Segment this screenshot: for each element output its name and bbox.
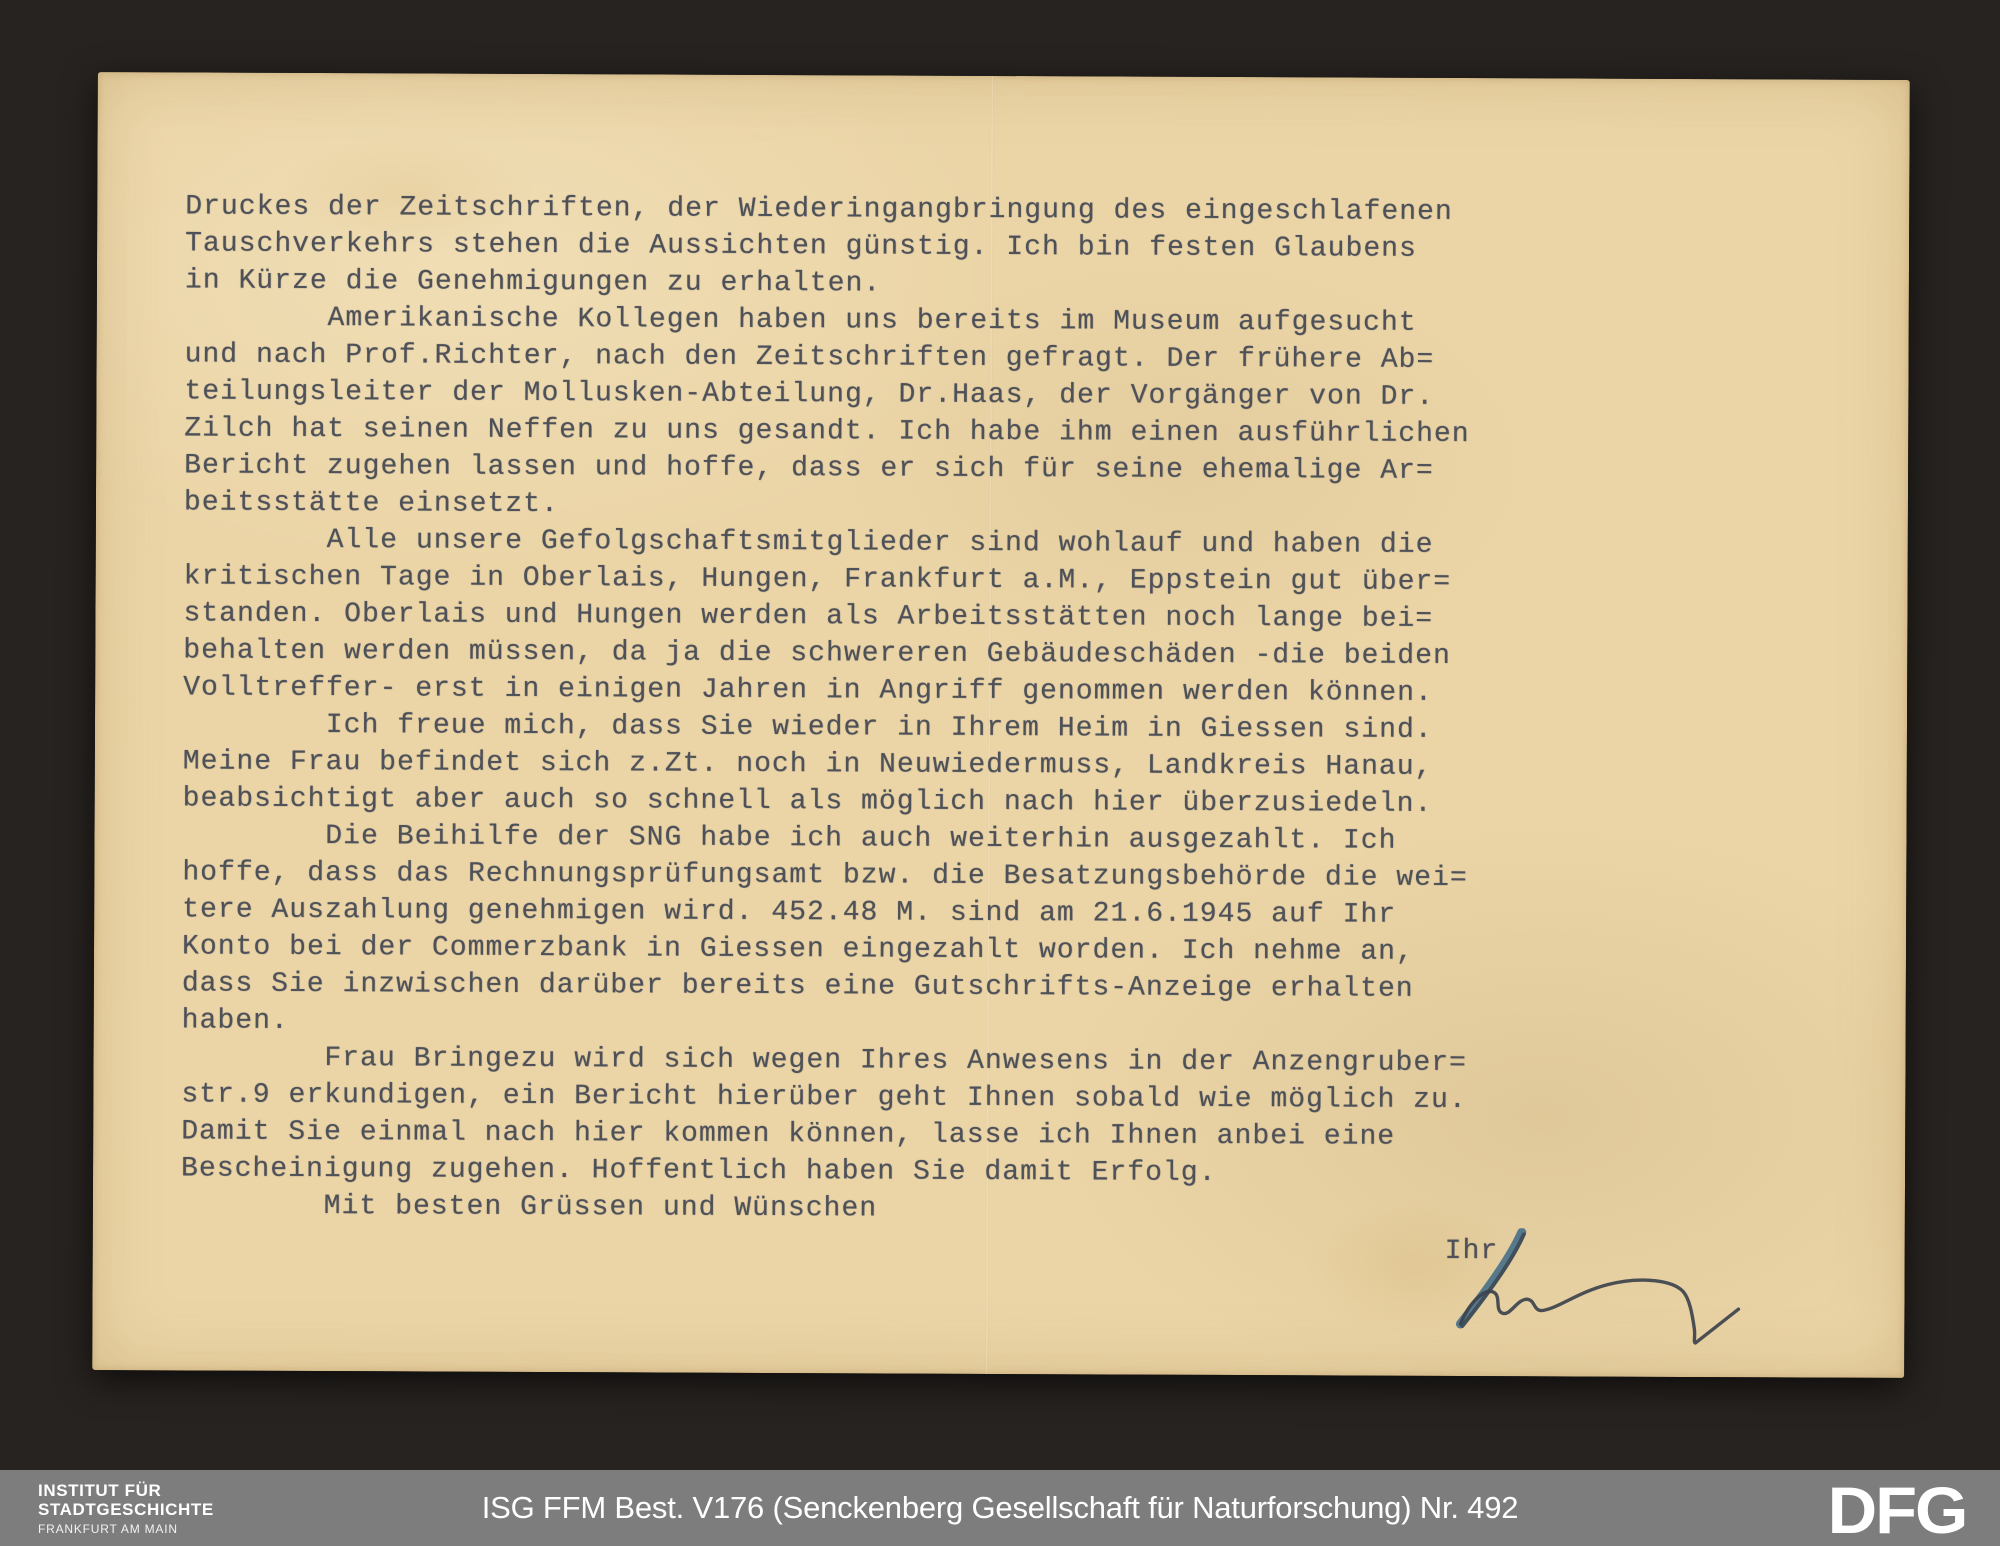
archive-footer-bar: INSTITUT FÜR STADTGESCHICHTE FRANKFURT A… [0, 1470, 2000, 1546]
scan-background: Druckes der Zeitschriften, der Wiedering… [0, 0, 2000, 1546]
letter-body-text: Druckes der Zeitschriften, der Wiedering… [181, 188, 1471, 1230]
dfg-logo: DFG [1827, 1472, 1966, 1546]
handwritten-signature [1437, 1228, 1758, 1356]
archive-reference-caption: ISG FFM Best. V176 (Senckenberg Gesellsc… [0, 1470, 2000, 1546]
letter-page: Druckes der Zeitschriften, der Wiedering… [92, 72, 1910, 1378]
